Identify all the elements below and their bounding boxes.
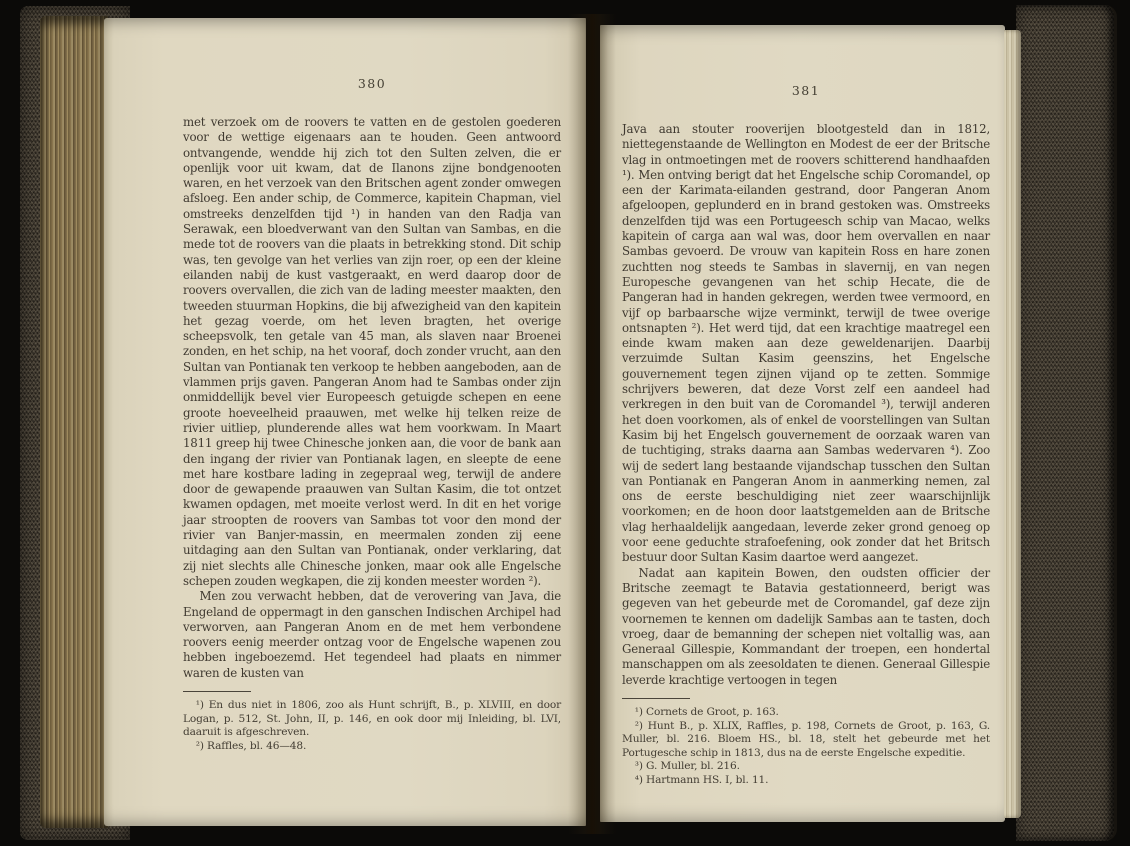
footnote: ³) G. Muller, bl. 216.: [622, 760, 990, 774]
page-edges-right: [1004, 30, 1021, 818]
footnotes-right: ¹) Cornets de Groot, p. 163. ²) Hunt B.,…: [622, 706, 990, 788]
book-cover-right: [1016, 5, 1117, 841]
book-photo: 380 met verzoek om de roovers te vatten …: [0, 0, 1130, 846]
body-text-right: Java aan stouter rooverijen blootgesteld…: [622, 122, 990, 688]
paragraph: met verzoek om de roovers te vatten en d…: [183, 115, 561, 589]
paragraph: Nadat aan kapitein Bowen, den oudsten of…: [622, 566, 990, 688]
page-380: 380 met verzoek om de roovers te vatten …: [104, 18, 586, 826]
paragraph: Java aan stouter rooverijen blootgesteld…: [622, 122, 990, 566]
footnotes-left: ¹) En dus niet in 1806, zoo als Hunt sch…: [183, 699, 561, 753]
footnote: ²) Hunt B., p. XLIX, Raffles, p. 198, Co…: [622, 720, 990, 761]
footnote: ¹) En dus niet in 1806, zoo als Hunt sch…: [183, 699, 561, 740]
page-number-right: 381: [622, 83, 990, 98]
page-edges-left: [40, 16, 108, 828]
footnote: ⁴) Hartmann HS. I, bl. 11.: [622, 774, 990, 788]
page-381: 381 Java aan stouter rooverijen blootges…: [600, 25, 1005, 822]
body-text-left: met verzoek om de roovers te vatten en d…: [183, 115, 561, 681]
footnote-divider: [183, 691, 251, 692]
footnote: ²) Raffles, bl. 46—48.: [183, 740, 561, 754]
footnote: ¹) Cornets de Groot, p. 163.: [622, 706, 990, 720]
paragraph: Men zou verwacht hebben, dat de veroveri…: [183, 589, 561, 681]
page-number-left: 380: [183, 76, 561, 91]
footnote-divider: [622, 698, 690, 699]
